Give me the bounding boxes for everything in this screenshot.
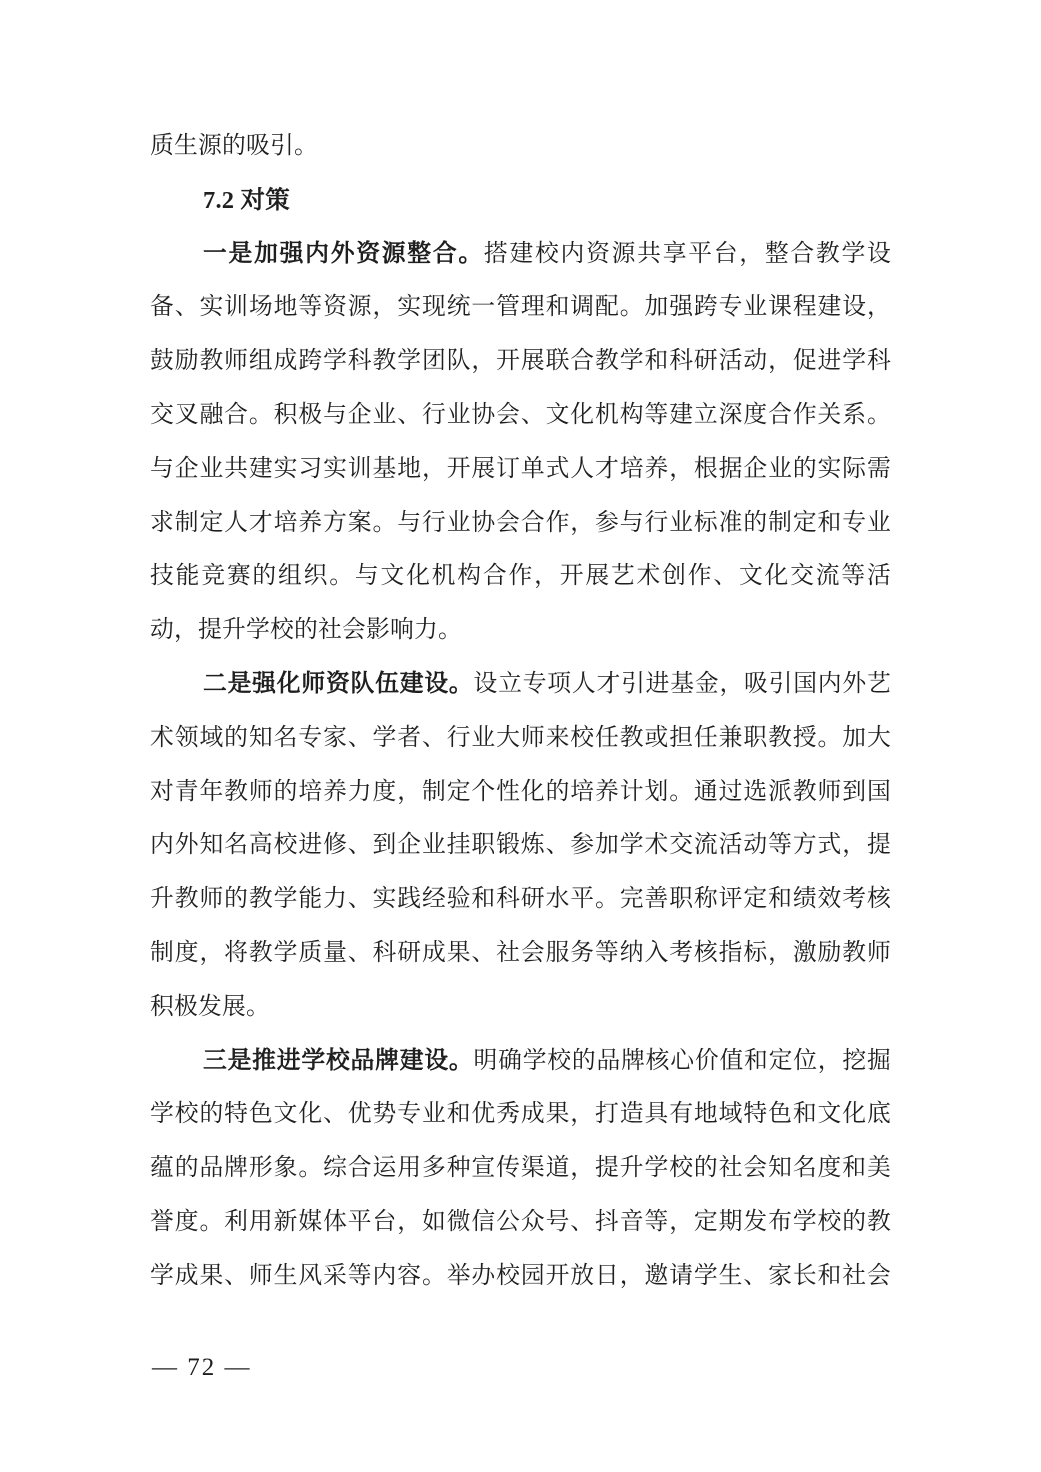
paragraph-1-body: 搭建校内资源共享平台，整合教学设备、实训场地等资源，实现统一管理和调配。加强跨专…	[150, 241, 891, 644]
paragraph-2-bold-lead: 二是强化师资队伍建设。	[203, 671, 474, 697]
page-number-footer: — 72 —	[152, 1348, 252, 1388]
paragraph-strategy-1: 一是加强内外资源整合。搭建校内资源共享平台，整合教学设备、实训场地等资源，实现统…	[150, 228, 891, 658]
paragraph-3-bold-lead: 三是推进学校品牌建设。	[203, 1048, 474, 1074]
paragraph-strategy-2: 二是强化师资队伍建设。设立专项人才引进基金，吸引国内外艺术领域的知名专家、学者、…	[150, 658, 891, 1035]
section-heading: 7.2 对策	[150, 174, 891, 228]
paragraph-1-bold-lead: 一是加强内外资源整合。	[203, 241, 484, 267]
paragraph-strategy-3: 三是推进学校品牌建设。明确学校的品牌核心价值和定位，挖掘学校的特色文化、优势专业…	[150, 1035, 891, 1304]
paragraph-3-body: 明确学校的品牌核心价值和定位，挖掘学校的特色文化、优势专业和优秀成果，打造具有地…	[150, 1048, 891, 1289]
page-text-block: 质生源的吸引。 7.2 对策 一是加强内外资源整合。搭建校内资源共享平台，整合教…	[150, 120, 891, 1304]
paragraph-continuation-from-previous-page: 质生源的吸引。	[150, 120, 891, 174]
document-page: 质生源的吸引。 7.2 对策 一是加强内外资源整合。搭建校内资源共享平台，整合教…	[0, 0, 1041, 1472]
paragraph-2-body: 设立专项人才引进基金，吸引国内外艺术领域的知名专家、学者、行业大师来校任教或担任…	[150, 671, 891, 1020]
continuation-text: 质生源的吸引。	[150, 133, 318, 159]
